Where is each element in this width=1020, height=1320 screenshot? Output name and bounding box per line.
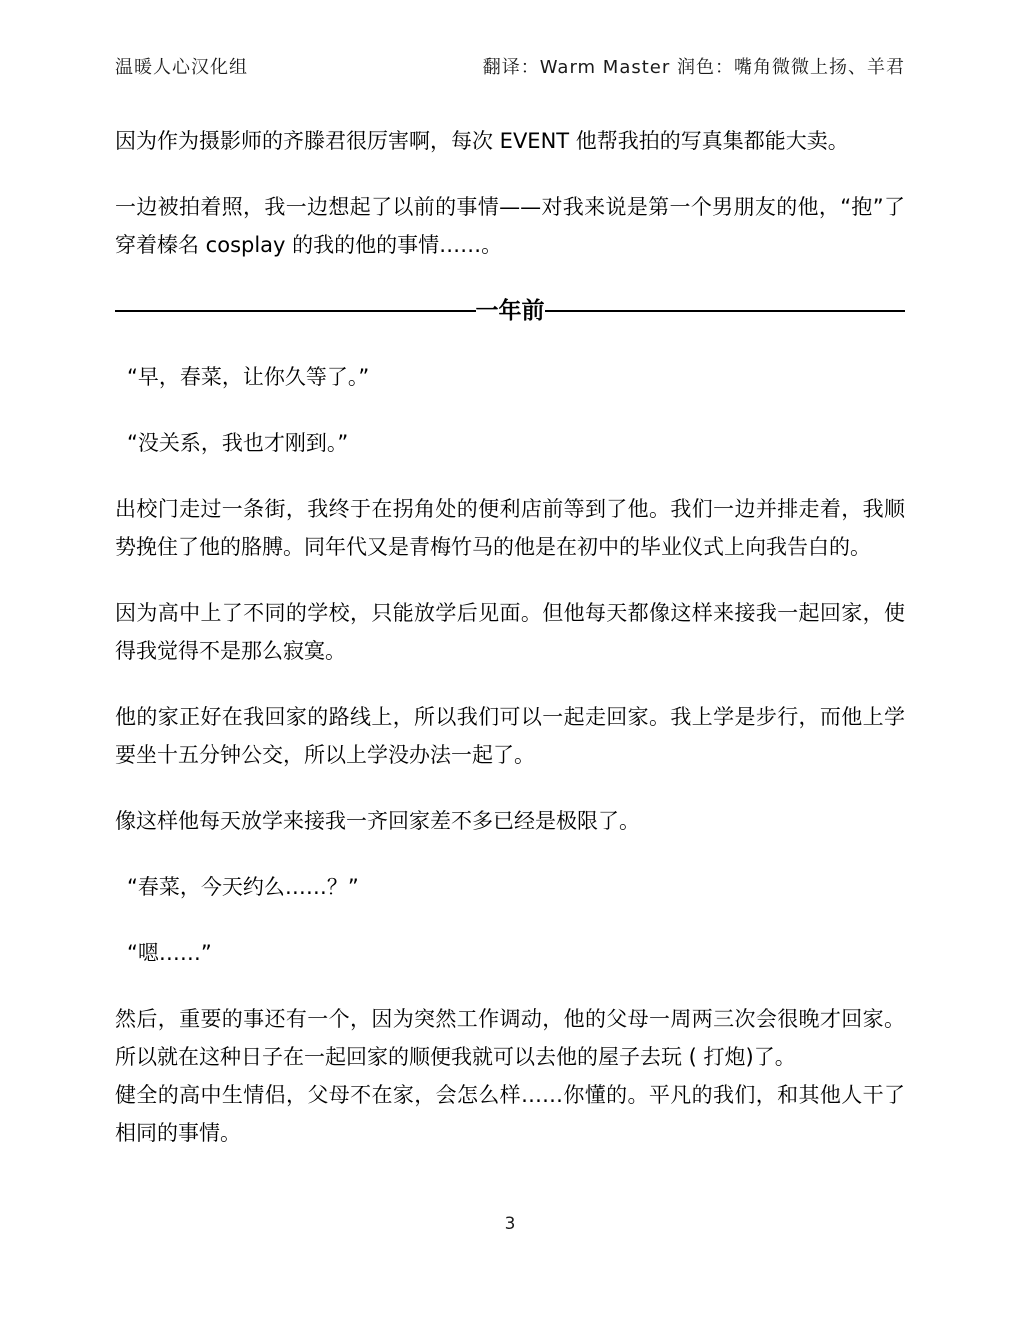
dialogue-line: “嗯……” bbox=[115, 934, 905, 972]
section-divider: 一年前 bbox=[115, 292, 905, 330]
page-footer: 3 bbox=[0, 1214, 1020, 1234]
page-number: 3 bbox=[505, 1214, 516, 1234]
section-divider-label: 一年前 bbox=[476, 292, 545, 330]
paragraph: 因为高中上了不同的学校，只能放学后见面。但他每天都像这样来接我一起回家，使得我觉… bbox=[115, 594, 905, 670]
paragraph: 健全的高中生情侣，父母不在家，会怎么样……你懂的。平凡的我们，和其他人干了相同的… bbox=[115, 1076, 905, 1152]
paragraph: 因为作为摄影师的齐滕君很厉害啊，每次 EVENT 他帮我拍的写真集都能大卖。 bbox=[115, 122, 905, 160]
paragraph: 然后，重要的事还有一个，因为突然工作调动，他的父母一周两三次会很晚才回家。所以就… bbox=[115, 1000, 905, 1076]
paragraph: 一边被拍着照，我一边想起了以前的事情——对我来说是第一个男朋友的他，“抱”了穿着… bbox=[115, 188, 905, 264]
paragraph: 像这样他每天放学来接我一齐回家差不多已经是极限了。 bbox=[115, 802, 905, 840]
header-group-name: 温暖人心汉化组 bbox=[115, 56, 248, 80]
document-page: 温暖人心汉化组 翻译：Warm Master 润色：嘴角微微上扬、羊君 因为作为… bbox=[0, 0, 1020, 1320]
paragraph: 出校门走过一条街，我终于在拐角处的便利店前等到了他。我们一边并排走着，我顺势挽住… bbox=[115, 490, 905, 566]
header-credits: 翻译：Warm Master 润色：嘴角微微上扬、羊君 bbox=[483, 56, 905, 80]
page-header: 温暖人心汉化组 翻译：Warm Master 润色：嘴角微微上扬、羊君 bbox=[115, 56, 905, 80]
dialogue-line: “没关系，我也才刚到。” bbox=[115, 424, 905, 462]
paragraph: 他的家正好在我回家的路线上，所以我们可以一起走回家。我上学是步行，而他上学要坐十… bbox=[115, 698, 905, 774]
dialogue-line: “早，春菜，让你久等了。” bbox=[115, 358, 905, 396]
document-body: 因为作为摄影师的齐滕君很厉害啊，每次 EVENT 他帮我拍的写真集都能大卖。 一… bbox=[115, 122, 905, 1180]
dialogue-line: “春菜，今天约么……？” bbox=[115, 868, 905, 906]
